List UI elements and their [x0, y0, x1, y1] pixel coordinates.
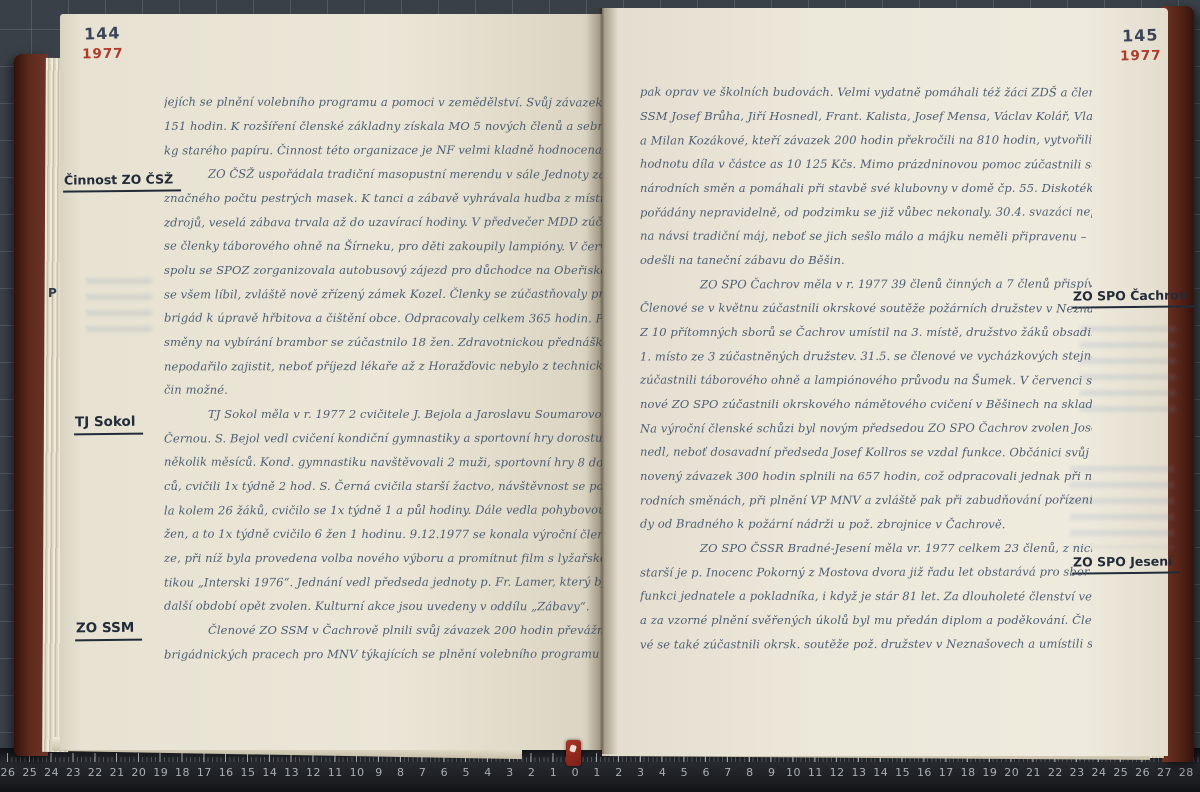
ink-bleed-through: [86, 278, 152, 336]
handwritten-line: pořádány nepravidelně, od podzimku se ji…: [640, 200, 1092, 225]
handwritten-line: dy od Bradného k požární nádrži u pož. z…: [640, 512, 1092, 537]
handwritten-line: žen, a to 1x týdně cvičilo 6 žen 1 hodin…: [164, 522, 610, 547]
left-page: 144 1977 Činnost ZO ČSŽ TJ Sokol ZO SSM …: [60, 14, 602, 750]
handwritten-line: nepodařilo zajistit, neboť příjezd lékař…: [164, 354, 610, 379]
handwritten-line: ze, při níž byla provedena volba nového …: [164, 546, 610, 570]
ruler-label: 3: [506, 766, 514, 779]
ruler-label: 22: [1048, 766, 1063, 779]
ruler-label: 11: [328, 766, 343, 779]
ruler-label: 19: [153, 766, 168, 779]
ruler-label: 20: [131, 766, 146, 779]
ruler-label: 17: [197, 766, 212, 779]
ruler-label: 14: [262, 766, 277, 779]
handwritten-line: se všem líbil, zvláště nově zřízený záme…: [164, 282, 610, 307]
ruler-label: 21: [110, 766, 125, 779]
ruler-label: 6: [702, 766, 710, 779]
handwritten-line: další období opět zvolen. Kulturní akce …: [164, 594, 610, 619]
handwritten-line: la kolem 26 žáků, cvičilo se 1x týdně 1 …: [164, 498, 610, 523]
ruler-label: 23: [1070, 766, 1085, 779]
handwritten-line: brigádnických pracech pro MNV týkajících…: [164, 642, 610, 667]
page-number-right: 145: [1122, 25, 1159, 45]
ruler-label: 27: [1157, 766, 1172, 779]
handwritten-line: 1. místo ze 3 zúčastněných družstev. 31.…: [640, 344, 1092, 369]
margin-note-tj-sokol: TJ Sokol: [74, 414, 144, 436]
page-edge-letter-mark: P: [48, 286, 57, 300]
ruler-label: 1: [593, 766, 601, 779]
handwritten-line: brigád k úpravě hřbitova a čištění obce.…: [164, 306, 610, 331]
ruler-label: 24: [44, 766, 59, 779]
handwritten-line: ZO ČSŽ uspořádala tradiční masopustní me…: [164, 162, 610, 187]
handwritten-line: národních směn a pomáhali při stavbě své…: [640, 176, 1092, 200]
handwritten-line: čin možné.: [164, 378, 610, 403]
right-page: 145 1977 ZO SPO Čachrov ZO SPO Jesení pa…: [602, 8, 1168, 756]
handwritten-line: značného počtu pestrých masek. K tanci a…: [164, 186, 610, 210]
ruler-label: 4: [484, 766, 492, 779]
ruler-label: 12: [830, 766, 845, 779]
ink-bleed-through: [1080, 326, 1176, 422]
ruler-label: 10: [786, 766, 801, 779]
handwritten-line: se členky táborového ohně na Šírneku, pr…: [164, 234, 610, 259]
ruler-label: 25: [1113, 766, 1128, 779]
ruler-label: 5: [462, 766, 470, 779]
ruler-label: 7: [724, 766, 732, 779]
ruler-label: 22: [88, 766, 103, 779]
ruler-label: 2: [615, 766, 623, 779]
handwritten-line: starší je p. Inocenc Pokorný z Mostova d…: [640, 560, 1092, 585]
handwritten-line: a Milan Kozákové, kteří závazek 200 hodi…: [640, 128, 1092, 153]
handwritten-line: několik měsíců. Kond. gymnastiku navštěv…: [164, 450, 610, 475]
page-number-left: 144: [84, 23, 121, 43]
handwritten-line: nové ZO SPO zúčastnili okrskového náměto…: [640, 392, 1092, 416]
ruler-label: 16: [219, 766, 234, 779]
handwritten-line: Černou. S. Bejol vedl cvičení kondiční g…: [164, 426, 610, 451]
ruler-label: 18: [175, 766, 190, 779]
handwritten-line: Z 10 přítomných sborů se Čachrov umístil…: [640, 320, 1092, 344]
ruler-label: 21: [1026, 766, 1041, 779]
ruler-label: 11: [808, 766, 823, 779]
red-center-marker: [566, 740, 581, 766]
ruler-label: 18: [961, 766, 976, 779]
scanned-chronicle-photo: 2625242322212019181716151413121110987654…: [0, 0, 1200, 792]
ruler-label: 7: [419, 766, 427, 779]
ruler-label: 26: [1135, 766, 1150, 779]
handwritten-line: Na výroční členské schůzi byl novým před…: [640, 416, 1092, 441]
handwritten-line: TJ Sokol měla v r. 1977 2 cvičitele J. B…: [164, 402, 610, 426]
handwritten-line: novený závazek 300 hodin splnili na 657 …: [640, 464, 1092, 488]
ruler-label: 6: [441, 766, 449, 779]
handwritten-text-left-page: jejích se plnění volebního programu a po…: [164, 90, 610, 670]
ruler-label: 17: [939, 766, 954, 779]
handwritten-line: nedl, neboť dosavadní předseda Josef Kol…: [640, 440, 1092, 465]
handwritten-line: tikou „Interski 1976“. Jednání vedl před…: [164, 570, 610, 595]
ruler-label: 16: [917, 766, 932, 779]
ruler-label: 10: [350, 766, 365, 779]
handwritten-line: kg starého papíru. Činnost této organiza…: [164, 138, 610, 163]
ruler-label: 12: [306, 766, 321, 779]
handwritten-line: 151 hodin. K rozšíření členské základny …: [164, 114, 610, 138]
ruler-label: 2: [528, 766, 536, 779]
ruler-label: 14: [873, 766, 888, 779]
ruler-label: 26: [1, 766, 16, 779]
handwritten-line: odešli na taneční zábavu do Běšin.: [640, 248, 1092, 272]
handwritten-text-right-page: pak oprav ve školních budovách. Velmi vy…: [640, 80, 1092, 660]
ruler-label: 15: [895, 766, 910, 779]
handwritten-line: jejích se plnění volebního programu a po…: [164, 90, 610, 114]
handwritten-line: pak oprav ve školních budovách. Velmi vy…: [640, 80, 1092, 104]
year-stamp-right: 1977: [1120, 48, 1162, 65]
handwritten-line: na návsi tradiční máj, neboť se jich seš…: [640, 224, 1092, 249]
handwritten-line: Členové ZO SSM v Čachrově plnili svůj zá…: [164, 618, 610, 642]
handwritten-line: hodnotu díla v částce as 10 125 Kčs. Mim…: [640, 152, 1092, 177]
year-stamp-left: 1977: [82, 46, 124, 63]
handwritten-line: vé se také zúčastnili okrsk. soutěže pož…: [640, 632, 1092, 657]
handwritten-line: spolu se SPOZ zorganizovala autobusový z…: [164, 258, 610, 282]
ruler-label: 19: [982, 766, 997, 779]
margin-note-zo-ssm: ZO SSM: [75, 620, 142, 642]
handwritten-line: ZO SPO ČSSR Bradné-Jesení měla vr. 1977 …: [640, 536, 1092, 560]
handwritten-line: zúčastnili táborového ohně a lampiónovéh…: [640, 368, 1092, 393]
handwritten-line: a za vzorné plnění svěřených úkolů byl m…: [640, 608, 1092, 632]
ruler-label: 5: [681, 766, 689, 779]
handwritten-line: funkci jednatele a pokladníka, i když je…: [640, 584, 1092, 609]
handwritten-line: směny na vybírání brambor se zúčastnilo …: [164, 330, 610, 354]
ruler-label: 4: [659, 766, 667, 779]
handwritten-line: rodních směnách, při plnění VP MNV a zvl…: [640, 488, 1092, 513]
ruler-label: 28: [1179, 766, 1194, 779]
ruler-label: 23: [66, 766, 81, 779]
handwritten-line: ZO SPO Čachrov měla v r. 1977 39 členů č…: [640, 272, 1092, 297]
ruler-label: 8: [397, 766, 405, 779]
ruler-label: 13: [284, 766, 299, 779]
ruler-label: 3: [637, 766, 645, 779]
handwritten-line: SSM Josef Brůha, Jiří Hosnedl, Frant. Ka…: [640, 104, 1092, 128]
handwritten-line: ců, cvičili 1x týdně 2 hod. S. Černá cvi…: [164, 474, 610, 498]
ruler-label: 9: [375, 766, 383, 779]
ruler-label: 25: [22, 766, 37, 779]
ruler-label: 0: [572, 766, 580, 779]
ruler-label: 20: [1004, 766, 1019, 779]
ruler-label: 8: [746, 766, 754, 779]
ruler-label: 1: [550, 766, 558, 779]
ruler-label: 13: [851, 766, 866, 779]
handwritten-line: Členové se v květnu zúčastnili okrskové …: [640, 296, 1092, 321]
book-gutter-shadow: [586, 8, 618, 754]
ruler-label: 9: [768, 766, 776, 779]
handwritten-line: zdrojů, veselá zábava trvala až do uzaví…: [164, 210, 610, 235]
ruler-label: 24: [1092, 766, 1107, 779]
ruler-label: 15: [241, 766, 256, 779]
